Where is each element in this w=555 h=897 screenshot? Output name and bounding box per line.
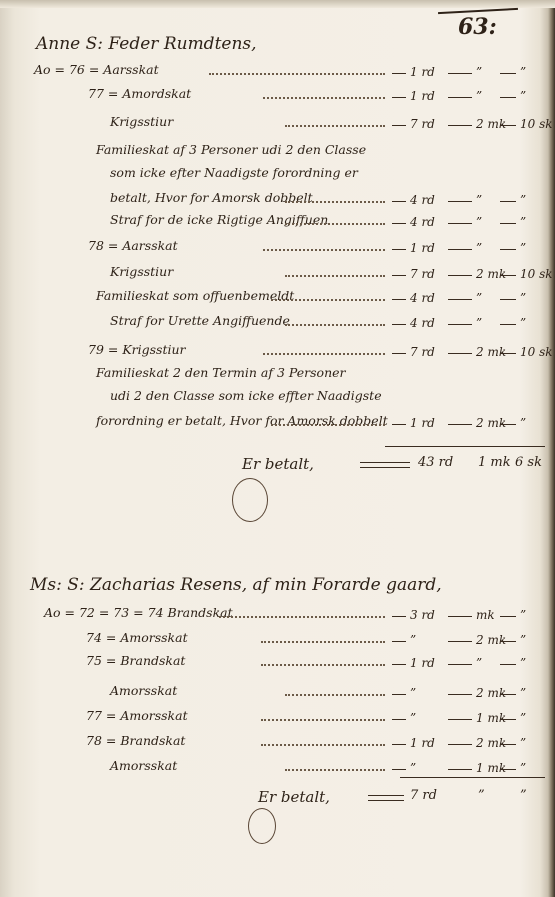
dash [500,424,516,425]
amount-skilling: ” [520,316,526,330]
amount-mark: mk [476,608,495,622]
amount-rigsdaler: 1 rd [410,65,435,79]
amount-rigsdaler: 3 rd [410,608,435,622]
section2-total-mk: ” [478,788,485,803]
section1-total-sk: 6 sk [515,455,542,470]
dash [392,125,406,126]
dash [392,744,406,745]
amount-skilling: ” [520,215,526,229]
dash [448,201,472,202]
dash [500,694,516,695]
dash [448,299,472,300]
entry-label: Straf for Urette Angiffuende [110,313,290,328]
amount-mark: ” [476,193,482,207]
ledger-line: Ao = 72 = 73 = 74 Brandskat 3 rd mk ” [0,605,555,627]
amount-rigsdaler: 4 rd [410,193,435,207]
dash [448,223,472,224]
dash [500,744,516,745]
dash [392,275,406,276]
dash [448,353,472,354]
amount-skilling: ” [520,736,526,750]
ledger-line: 79 = Krigsstiur 7 rd 2 mk 10 sk [0,342,555,364]
dotted-leader [285,324,385,326]
entry-label: Familieskat som offuenbemeldt [96,288,294,303]
amount-rigsdaler: 4 rd [410,215,435,229]
amount-mark: ” [476,65,482,79]
ledger-line: udi 2 den Classe som icke effter Naadigs… [0,388,555,410]
page-top-shadow [0,0,555,8]
amount-skilling: 10 sk [520,267,553,281]
entry-label: 77 = Amordskat [88,86,191,101]
dotted-leader [285,125,385,127]
amount-rigsdaler: ” [410,686,416,700]
dash [500,223,516,224]
flourish-loop [232,478,268,522]
ledger-line: Familieskat 2 den Termin af 3 Personer [0,365,555,387]
dash [500,299,516,300]
amount-skilling: ” [520,686,526,700]
amount-mark: 2 mk [476,416,506,430]
dash [392,719,406,720]
amount-skilling: ” [520,193,526,207]
dotted-leader [219,616,385,618]
dotted-leader [285,201,385,203]
dotted-leader [271,424,385,426]
ledger-line: Familieskat af 3 Personer udi 2 den Clas… [0,142,555,164]
ledger-line: 77 = Amorsskat ” 1 mk ” [0,708,555,730]
amount-rigsdaler: 4 rd [410,291,435,305]
amount-skilling: ” [520,416,526,430]
amount-skilling: ” [520,761,526,775]
entry-label: Ao = 76 = Aarsskat [34,62,159,77]
section1-total-mk: 1 mk [478,455,511,470]
section2-sum-rule [400,777,545,778]
amount-mark: 2 mk [476,267,506,281]
dash [448,125,472,126]
amount-rigsdaler: ” [410,761,416,775]
ledger-line: Amorsskat ” 2 mk ” [0,683,555,705]
amount-rigsdaler: 4 rd [410,316,435,330]
dotted-leader [285,694,385,696]
dotted-leader [261,641,385,643]
amount-mark: 2 mk [476,736,506,750]
amount-rigsdaler: 1 rd [410,89,435,103]
dash [448,73,472,74]
amount-skilling: ” [520,241,526,255]
amount-mark: 1 mk [476,761,506,775]
amount-mark: ” [476,656,482,670]
dash [500,641,516,642]
section2-total-sk: ” [520,788,527,803]
entry-label: 78 = Brandskat [86,733,185,748]
dotted-leader [263,353,385,355]
amount-mark: ” [476,89,482,103]
amount-rigsdaler: 7 rd [410,345,435,359]
amount-skilling: ” [520,608,526,622]
ledger-line: Ao = 76 = Aarsskat 1 rd ” ” [0,62,555,84]
dotted-leader [261,719,385,721]
dash [448,424,472,425]
dash [392,694,406,695]
entry-label: Krigsstiur [110,264,173,279]
dotted-leader [285,769,385,771]
entry-label: som icke efter Naadigste forordning er [110,165,358,180]
amount-mark: ” [476,291,482,305]
ledger-line: Straf for de icke Rigtige Angiffuen 4 rd… [0,212,555,234]
dash [392,201,406,202]
dash [500,125,516,126]
entry-label: 78 = Aarsskat [88,238,178,253]
dash [392,223,406,224]
dotted-leader [209,73,385,75]
amount-mark: ” [476,316,482,330]
dash [500,73,516,74]
dash [392,324,406,325]
section1-heading: Anne S: Feder Rumdtens, [36,34,257,54]
amount-rigsdaler: 1 rd [410,736,435,750]
entry-label: Amorsskat [110,683,177,698]
section2-total-double-rule [368,795,404,801]
section2-total-label: Er betalt, [258,788,330,806]
amount-skilling: ” [520,89,526,103]
ledger-line: forordning er betalt, Hvor for Amorsk do… [0,413,555,435]
section1-sum-rule [385,446,545,447]
amount-skilling: ” [520,656,526,670]
amount-mark: ” [476,241,482,255]
dotted-leader [263,249,385,251]
ledger-line: Krigsstiur 7 rd 2 mk 10 sk [0,114,555,136]
entry-label: Familieskat af 3 Personer udi 2 den Clas… [96,142,366,157]
entry-label: 77 = Amorsskat [86,708,188,723]
dash [448,769,472,770]
section1-total-label: Er betalt, [242,455,314,473]
amount-mark: 2 mk [476,117,506,131]
dash [500,769,516,770]
dash [392,299,406,300]
section1-total-double-rule [360,462,410,468]
ledger-line: 75 = Brandskat 1 rd ” ” [0,653,555,675]
entry-label: Amorsskat [110,758,177,773]
dash [500,324,516,325]
ledger-line: 78 = Brandskat 1 rd 2 mk ” [0,733,555,755]
dash [500,201,516,202]
dash [448,641,472,642]
amount-skilling: ” [520,633,526,647]
dash [448,719,472,720]
dash [448,664,472,665]
dash [500,353,516,354]
dash [500,616,516,617]
amount-skilling: ” [520,65,526,79]
ledger-line: 77 = Amordskat 1 rd ” ” [0,86,555,108]
ledger-line: 78 = Aarsskat 1 rd ” ” [0,238,555,260]
page-number: 63: [458,14,497,40]
dash [392,97,406,98]
dash [392,664,406,665]
dotted-leader [263,97,385,99]
section2-heading: Ms: S: Zacharias Resens, af min Forarde … [30,575,442,595]
dash [392,641,406,642]
ledger-line: betalt, Hvor for Amorsk dobbelt 4 rd ” ” [0,190,555,212]
ledger-line: 74 = Amorsskat ” 2 mk ” [0,630,555,652]
ledger-line: Familieskat som offuenbemeldt 4 rd ” ” [0,288,555,310]
dash [392,73,406,74]
dash [448,97,472,98]
amount-rigsdaler: 7 rd [410,267,435,281]
ledger-line: som icke efter Naadigste forordning er [0,165,555,187]
entry-label: 75 = Brandskat [86,653,185,668]
amount-rigsdaler: 7 rd [410,117,435,131]
amount-mark: 2 mk [476,633,506,647]
amount-skilling: ” [520,291,526,305]
dash [448,249,472,250]
dash [500,249,516,250]
entry-label: betalt, Hvor for Amorsk dobbelt [110,190,313,205]
section1-total-rd: 43 rd [418,455,453,470]
amount-skilling: 10 sk [520,345,553,359]
amount-skilling: ” [520,711,526,725]
amount-rigsdaler: 1 rd [410,241,435,255]
ledger-line: Straf for Urette Angiffuende 4 rd ” ” [0,313,555,335]
entry-label: 79 = Krigsstiur [88,342,186,357]
dotted-leader [285,275,385,277]
dotted-leader [285,223,385,225]
amount-mark: 1 mk [476,711,506,725]
dotted-leader [261,744,385,746]
dash [448,694,472,695]
entry-label: udi 2 den Classe som icke effter Naadigs… [110,388,382,403]
amount-mark: ” [476,215,482,229]
dash [392,769,406,770]
entry-label: Krigsstiur [110,114,173,129]
amount-mark: 2 mk [476,345,506,359]
dash [448,275,472,276]
dash [500,719,516,720]
dash [500,97,516,98]
dotted-leader [271,299,385,301]
entry-label: Familieskat 2 den Termin af 3 Personer [96,365,346,380]
dash [448,616,472,617]
dash [392,424,406,425]
amount-skilling: 10 sk [520,117,553,131]
amount-rigsdaler: 1 rd [410,416,435,430]
ledger-line: Krigsstiur 7 rd 2 mk 10 sk [0,264,555,286]
dash [448,744,472,745]
section2-total-rd: 7 rd [410,788,437,803]
dash [500,664,516,665]
amount-rigsdaler: ” [410,633,416,647]
dash [500,275,516,276]
flourish-loop-2 [248,808,276,844]
amount-mark: 2 mk [476,686,506,700]
dash [392,353,406,354]
ledger-page: 63: Anne S: Feder Rumdtens, Ao = 76 = Aa… [0,0,555,897]
dotted-leader [261,664,385,666]
dash [392,616,406,617]
amount-rigsdaler: ” [410,711,416,725]
dash [392,249,406,250]
entry-label: 74 = Amorsskat [86,630,188,645]
amount-rigsdaler: 1 rd [410,656,435,670]
dash [448,324,472,325]
entry-label: Ao = 72 = 73 = 74 Brandskat [44,605,233,620]
